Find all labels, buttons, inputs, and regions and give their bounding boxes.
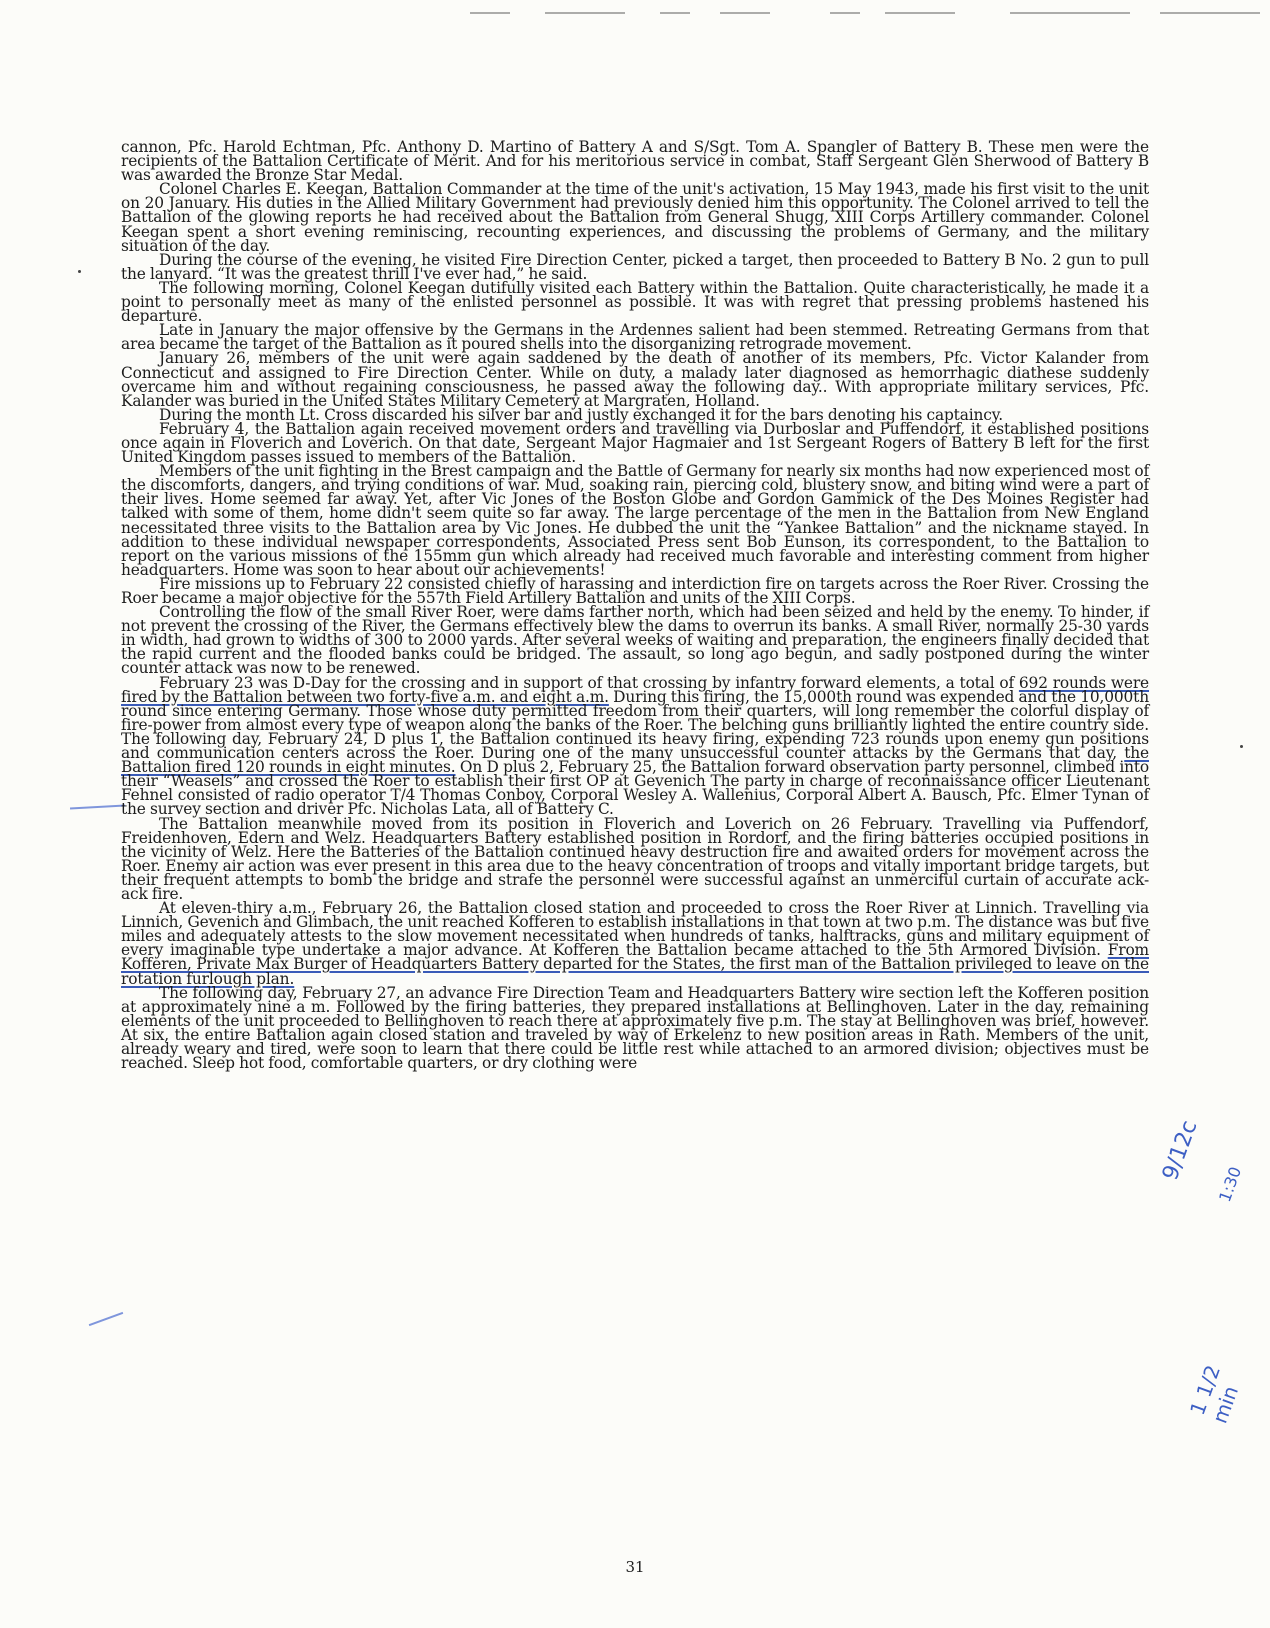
text-run: The Battalion meanwhile moved from its p… bbox=[121, 815, 1149, 903]
paragraph: January 26, members of the unit were aga… bbox=[121, 351, 1149, 407]
document-page: cannon, Pfc. Harold Echtman, Pfc. Anthon… bbox=[0, 0, 1270, 1628]
top-rule bbox=[470, 12, 510, 14]
paragraph: Fire missions up to February 22 consiste… bbox=[121, 577, 1149, 605]
text-run: The following day, February 27, an advan… bbox=[121, 984, 1149, 1072]
text-run: Controlling the flow of the small River … bbox=[121, 603, 1149, 677]
text-run: Members of the unit fighting in the Bres… bbox=[121, 462, 1149, 579]
scan-speck bbox=[1240, 745, 1243, 748]
scan-speck bbox=[78, 270, 81, 273]
paragraph: February 23 was D-Day for the crossing a… bbox=[121, 676, 1149, 817]
paragraph: February 4, the Battalion again received… bbox=[121, 422, 1149, 464]
top-rule bbox=[545, 12, 625, 14]
paragraph: At eleven-thiry a.m., February 26, the B… bbox=[121, 901, 1149, 986]
paragraph: cannon, Pfc. Harold Echtman, Pfc. Anthon… bbox=[121, 140, 1149, 182]
text-run: At eleven-thiry a.m., February 26, the B… bbox=[121, 899, 1149, 959]
paragraph: The following day, February 27, an advan… bbox=[121, 986, 1149, 1071]
handwritten-note: 9/12c bbox=[1158, 1117, 1203, 1183]
text-run: The following morning, Colonel Keegan du… bbox=[121, 279, 1149, 325]
page-number: 31 bbox=[0, 1558, 1270, 1576]
top-rule bbox=[660, 12, 690, 14]
top-rule bbox=[1010, 12, 1130, 14]
top-rule bbox=[720, 12, 770, 14]
margin-pen-mark bbox=[70, 805, 125, 810]
margin-pen-mark bbox=[89, 1312, 124, 1326]
paragraph: Colonel Charles E. Keegan, Battalion Com… bbox=[121, 182, 1149, 252]
top-rule bbox=[830, 12, 860, 14]
text-run: Colonel Charles E. Keegan, Battalion Com… bbox=[121, 180, 1149, 254]
paragraph: The following morning, Colonel Keegan du… bbox=[121, 281, 1149, 323]
paragraph: Late in January the major offensive by t… bbox=[121, 323, 1149, 351]
paragraph: During the course of the evening, he vis… bbox=[121, 253, 1149, 281]
text-run: January 26, members of the unit were aga… bbox=[121, 349, 1149, 409]
paragraph: The Battalion meanwhile moved from its p… bbox=[121, 817, 1149, 902]
body-text: cannon, Pfc. Harold Echtman, Pfc. Anthon… bbox=[121, 140, 1149, 1070]
paragraph: Controlling the flow of the small River … bbox=[121, 605, 1149, 675]
text-run: February 4, the Battalion again received… bbox=[121, 420, 1149, 466]
text-run: cannon, Pfc. Harold Echtman, Pfc. Anthon… bbox=[121, 138, 1149, 184]
top-rule bbox=[885, 12, 955, 14]
handwritten-note: 1:30 bbox=[1215, 1164, 1245, 1204]
handwritten-note: 1 1/2 min bbox=[1185, 1330, 1259, 1426]
top-rule bbox=[1160, 12, 1260, 14]
paragraph: Members of the unit fighting in the Bres… bbox=[121, 464, 1149, 577]
